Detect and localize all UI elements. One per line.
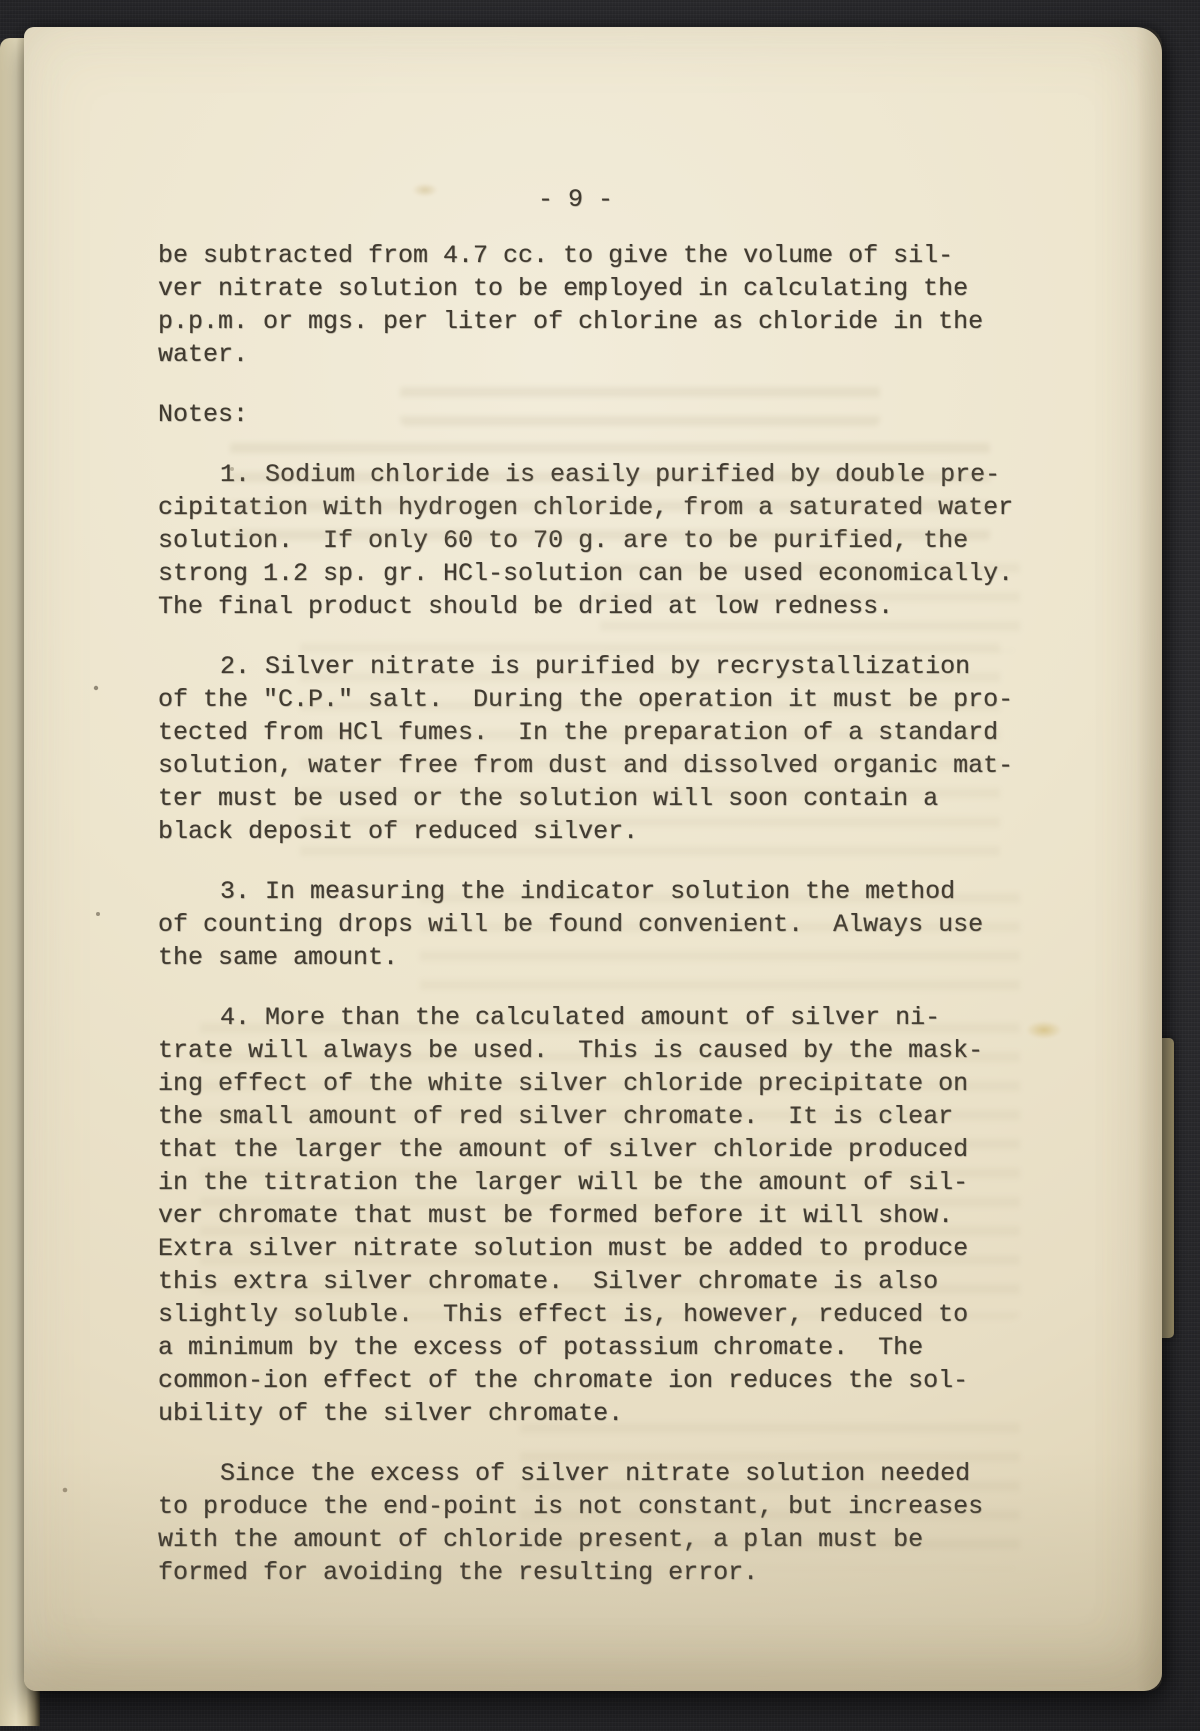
text-line: The final product should be dried at low… [158,590,1058,623]
typewritten-text-block: be subtracted from 4.7 cc. to give the v… [158,239,1058,1616]
text-line: solution, water free from dust and disso… [158,749,1058,782]
paragraph: Notes: [158,398,1058,431]
text-line: common-ion effect of the chromate ion re… [158,1364,1058,1397]
paragraph: 3. In measuring the indicator solution t… [158,875,1058,974]
text-line: 1. Sodium chloride is easily purified by… [158,458,1058,491]
text-line: 4. More than the calculated amount of si… [158,1001,1058,1034]
text-line: the small amount of red silver chromate.… [158,1100,1058,1133]
text-line: slightly soluble. This effect is, howeve… [158,1298,1058,1331]
text-line: p.p.m. or mgs. per liter of chlorine as … [158,305,1058,338]
text-line: solution. If only 60 to 70 g. are to be … [158,524,1058,557]
text-line: of counting drops will be found convenie… [158,908,1058,941]
text-line: in the titration the larger will be the … [158,1166,1058,1199]
text-line: that the larger the amount of silver chl… [158,1133,1058,1166]
text-line: cipitation with hydrogen chloride, from … [158,491,1058,524]
paragraph: 2. Silver nitrate is purified by recryst… [158,650,1058,848]
text-line: of the "C.P." salt. During the operation… [158,683,1058,716]
text-line: trate will always be used. This is cause… [158,1034,1058,1067]
text-line: tected from HCl fumes. In the preparatio… [158,716,1058,749]
faint-stain [412,183,438,197]
paragraph: 4. More than the calculated amount of si… [158,1001,1058,1430]
text-line: ver chromate that must be formed before … [158,1199,1058,1232]
text-line: 2. Silver nitrate is purified by recryst… [158,650,1058,683]
page-number: - 9 - [538,185,613,214]
paragraph: be subtracted from 4.7 cc. to give the v… [158,239,1058,371]
text-line: black deposit of reduced silver. [158,815,1058,848]
paragraph: 1. Sodium chloride is easily purified by… [158,458,1058,623]
text-line: this extra silver chromate. Silver chrom… [158,1265,1058,1298]
paragraph: Since the excess of silver nitrate solut… [158,1457,1058,1589]
text-line: with the amount of chloride present, a p… [158,1523,1058,1556]
text-line: ter must be used or the solution will so… [158,782,1058,815]
text-line: formed for avoiding the resulting error. [158,1556,1058,1589]
text-line: water. [158,338,1058,371]
text-line: Extra silver nitrate solution must be ad… [158,1232,1058,1265]
text-line: to produce the end-point is not constant… [158,1490,1058,1523]
text-line: ver nitrate solution to be employed in c… [158,272,1058,305]
text-line: 3. In measuring the indicator solution t… [158,875,1058,908]
text-line: the same amount. [158,941,1058,974]
document-page: - 9 - be subtracted from 4.7 cc. to give… [24,27,1162,1691]
text-line: Notes: [158,398,1058,431]
text-line: ubility of the silver chromate. [158,1397,1058,1430]
text-line: be subtracted from 4.7 cc. to give the v… [158,239,1058,272]
text-line: Since the excess of silver nitrate solut… [158,1457,1058,1490]
text-line: strong 1.2 sp. gr. HCl-solution can be u… [158,557,1058,590]
text-line: a minimum by the excess of potassium chr… [158,1331,1058,1364]
text-line: ing effect of the white silver chloride … [158,1067,1058,1100]
